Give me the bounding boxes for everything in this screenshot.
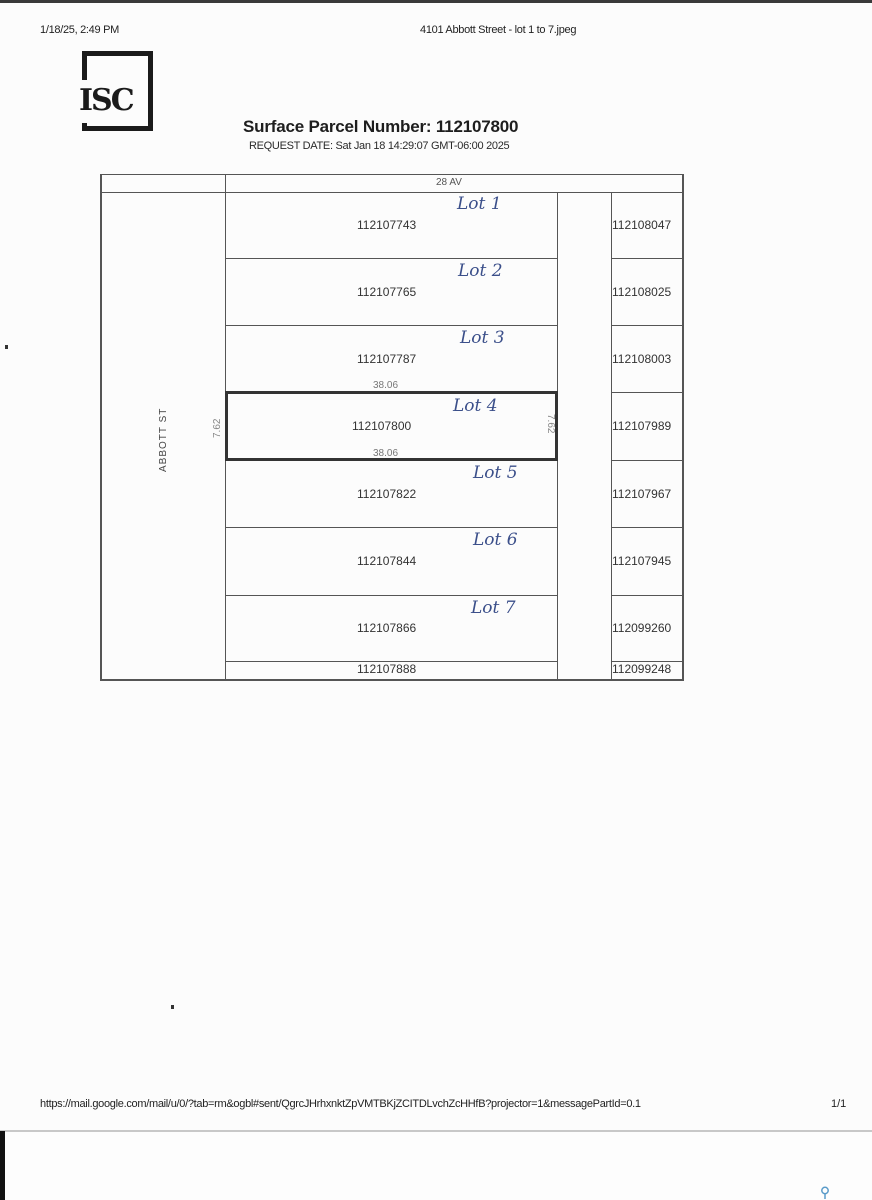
- dimension-top: 38.06: [373, 380, 398, 391]
- print-footer-url: https://mail.google.com/mail/u/0/?tab=rm…: [40, 1098, 641, 1110]
- lot-annotation: Lot 6: [473, 530, 518, 550]
- east-parcel-number: 112099248: [612, 662, 671, 676]
- parcel-number: 112107888: [357, 662, 416, 676]
- east-parcel-number: 112107967: [612, 487, 671, 501]
- east-parcel-number: 112107989: [612, 419, 671, 433]
- lot-annotation: Lot 7: [471, 598, 516, 618]
- east-parcel-number: 112108025: [612, 285, 671, 299]
- dimension-left: 7.62: [212, 419, 223, 438]
- parcel-number: 112107822: [357, 487, 416, 501]
- page-separator: [0, 1130, 872, 1132]
- parcel-number: 112107787: [357, 352, 416, 366]
- east-parcel-number: 112108003: [612, 352, 671, 366]
- dimension-bottom: 38.06: [373, 448, 398, 459]
- scan-left-edge: [0, 1131, 5, 1200]
- lot-annotation: Lot 5: [473, 463, 518, 483]
- lot-annotation: Lot 2: [458, 261, 503, 281]
- dimension-right: 7.62: [545, 414, 556, 433]
- east-parcel-number: 112108047: [612, 218, 671, 232]
- map-pin-icon: [820, 1186, 830, 1200]
- parcel-map: 28 AV ABBOTT ST 112107743Lot 1112107765L…: [0, 0, 872, 700]
- scan-speck: [5, 345, 8, 349]
- scan-speck: [171, 1005, 174, 1009]
- parcel-number: 112107844: [357, 554, 416, 568]
- parcel-number: 112107743: [357, 218, 416, 232]
- lot-annotation: Lot 1: [457, 194, 502, 214]
- east-parcel-number: 112107945: [612, 554, 671, 568]
- east-parcel-number: 112099260: [612, 621, 671, 635]
- side-street-label: ABBOTT ST: [158, 408, 169, 472]
- parcel-number: 112107866: [357, 621, 416, 635]
- print-page-number: 1/1: [831, 1098, 846, 1110]
- lot-annotation: Lot 3: [460, 328, 505, 348]
- top-street-label: 28 AV: [436, 177, 462, 188]
- parcel-number: 112107765: [357, 285, 416, 299]
